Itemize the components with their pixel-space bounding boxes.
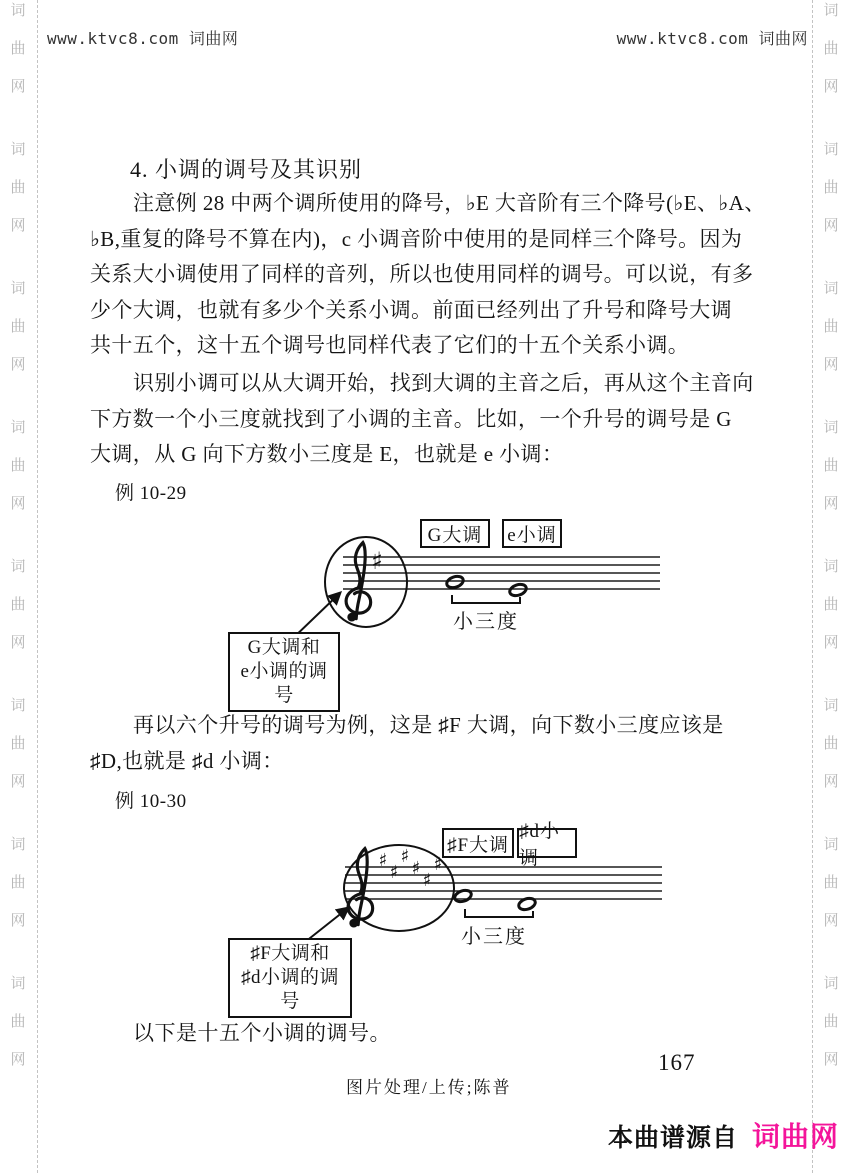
text-line: 注意例 28 中两个调所使用的降号，♭E 大音阶有三个降号(♭E、♭A、 [90, 190, 722, 226]
text-line: 关系大小调使用了同样的音列，所以也使用同样的调号。可以说，有多 [90, 261, 722, 297]
watermark-char: 网 [823, 1053, 838, 1068]
watermark-char: 网 [823, 219, 838, 234]
watermark-char: 曲 [10, 181, 25, 196]
key-signature-callout: ♯F大调和 ♯d小调的调号 [228, 938, 352, 1018]
watermark-char: 词 [10, 421, 25, 436]
watermark-char: 曲 [10, 459, 25, 474]
upload-credit: 图片处理/上传;陈普 [346, 1073, 511, 1098]
watermark-char: 曲 [823, 459, 838, 474]
watermark-char: 网 [10, 1053, 25, 1068]
source-prefix: 本曲谱源自 [608, 1118, 738, 1154]
watermark-char: 网 [823, 775, 838, 790]
watermark-char: 曲 [823, 42, 838, 57]
watermark-char: 网 [10, 497, 25, 512]
whole-note-g [445, 574, 464, 589]
text-line: ♯D,也就是 ♯d 小调： [90, 748, 722, 784]
text-line: ♭B,重复的降号不算在内)，c 小调音阶中使用的是同样三个降号。因为 [90, 226, 722, 262]
page-number: 167 [658, 1050, 696, 1076]
svg-text:♯: ♯ [379, 850, 388, 871]
major-key-label-box: ♯F大调 [442, 828, 514, 858]
watermark-char: 网 [10, 914, 25, 929]
source-logo: 词曲网 [752, 1115, 839, 1155]
paragraph-1: 注意例 28 中两个调所使用的降号，♭E 大音阶有三个降号(♭E、♭A、 ♭B,… [90, 190, 722, 368]
watermark-char: 曲 [10, 320, 25, 335]
watermark-char: 词 [10, 560, 25, 575]
text-line: 再以六个升号的调号为例，这是 ♯F 大调，向下数小三度应该是 [90, 712, 722, 748]
watermark-char: 曲 [10, 876, 25, 891]
svg-text:♯: ♯ [412, 858, 421, 879]
watermark-char: 网 [10, 358, 25, 373]
minor-key-label-box: e小调 [502, 519, 562, 548]
staff-lines [343, 557, 660, 589]
url-watermark-right: www.ktvc8.com 词曲网 [617, 26, 808, 49]
key-signature-callout: G大调和 e小调的调号 [228, 632, 340, 712]
watermark-char: 曲 [823, 1015, 838, 1030]
svg-text:♯: ♯ [423, 870, 432, 891]
left-dashed-rule [37, 0, 38, 1173]
major-key-label-box: G大调 [420, 519, 490, 548]
watermark-char: 词 [823, 4, 838, 19]
watermark-char: 词 [823, 560, 838, 575]
whole-note-e [508, 582, 527, 597]
svg-text:♯: ♯ [401, 846, 410, 867]
watermark-char: 词 [823, 282, 838, 297]
watermark-char: 词 [10, 282, 25, 297]
watermark-char: 词 [823, 143, 838, 158]
sharp-icon: ♯ [371, 547, 383, 575]
svg-text:♯: ♯ [390, 862, 399, 883]
watermark-char: 词 [823, 421, 838, 436]
watermark-char: 网 [10, 636, 25, 651]
watermark-char: 词 [10, 4, 25, 19]
watermark-char: 词 [823, 977, 838, 992]
example-label-10-30: 例 10-30 [115, 786, 187, 813]
interval-label: 小三度 [448, 605, 524, 634]
callout-line: ♯F大调和 [234, 942, 346, 966]
watermark-char: 曲 [823, 181, 838, 196]
watermark-char: 曲 [10, 1015, 25, 1030]
watermark-char: 网 [823, 636, 838, 651]
watermark-char: 词 [10, 838, 25, 853]
interval-label: 小三度 [456, 920, 532, 949]
watermark-char: 曲 [823, 737, 838, 752]
paragraph-2: 识别小调可以从大调开始，找到大调的主音之后，再从这个主音向 下方数一个小三度就找… [90, 370, 722, 477]
text-line: 大调，从 G 向下方数小三度是 E，也就是 e 小调： [90, 441, 722, 477]
url-watermark-left: www.ktvc8.com 词曲网 [47, 26, 238, 49]
text-line: 共十五个，这十五个调号也同样代表了它们的十五个关系小调。 [90, 332, 722, 368]
watermark-char: 曲 [10, 598, 25, 613]
minor-key-label-box: ♯d小调 [517, 828, 577, 858]
treble-clef-icon [348, 849, 373, 928]
right-watermark-column: 词曲网词曲网词曲网词曲网词曲网词曲网词曲网词曲网 [818, 4, 844, 1173]
callout-line: ♯d小调的调号 [234, 966, 346, 1014]
watermark-char: 网 [10, 775, 25, 790]
watermark-char: 网 [823, 80, 838, 95]
watermark-char: 网 [823, 914, 838, 929]
watermark-char: 网 [10, 80, 25, 95]
watermark-char: 词 [823, 838, 838, 853]
section-heading: 4. 小调的调号及其识别 [130, 153, 362, 184]
callout-line: e小调的调号 [234, 660, 334, 708]
text-line: 下方数一个小三度就找到了小调的主音。比如，一个升号的调号是 G [90, 406, 722, 442]
watermark-char: 曲 [10, 737, 25, 752]
text-line: 少个大调，也就有多少个关系小调。前面已经列出了升号和降号大调 [90, 297, 722, 333]
right-dashed-rule [812, 0, 813, 1173]
callout-line: G大调和 [234, 636, 334, 660]
treble-clef-icon [346, 543, 371, 622]
watermark-char: 曲 [10, 42, 25, 57]
watermark-char: 曲 [823, 598, 838, 613]
watermark-char: 词 [823, 699, 838, 714]
text-line: 识别小调可以从大调开始，找到大调的主音之后，再从这个主音向 [90, 370, 722, 406]
watermark-char: 词 [10, 143, 25, 158]
closing-sentence: 以下是十五个小调的调号。 [133, 1017, 391, 1047]
watermark-char: 曲 [823, 876, 838, 891]
watermark-char: 词 [10, 977, 25, 992]
key-signature-sharps: ♯ ♯ ♯ ♯ ♯ ♯ [379, 846, 443, 891]
watermark-char: 网 [10, 219, 25, 234]
watermark-char: 词 [10, 699, 25, 714]
watermark-char: 曲 [823, 320, 838, 335]
example-label-10-29: 例 10-29 [115, 478, 187, 505]
scanned-page: 词曲网词曲网词曲网词曲网词曲网词曲网词曲网词曲网 词曲网词曲网词曲网词曲网词曲网… [0, 0, 844, 1173]
interval-bracket [452, 595, 520, 603]
paragraph-3: 再以六个升号的调号为例，这是 ♯F 大调，向下数小三度应该是 ♯D,也就是 ♯d… [90, 712, 722, 784]
watermark-char: 网 [823, 497, 838, 512]
left-watermark-column: 词曲网词曲网词曲网词曲网词曲网词曲网词曲网词曲网 [5, 4, 31, 1173]
watermark-char: 网 [823, 358, 838, 373]
